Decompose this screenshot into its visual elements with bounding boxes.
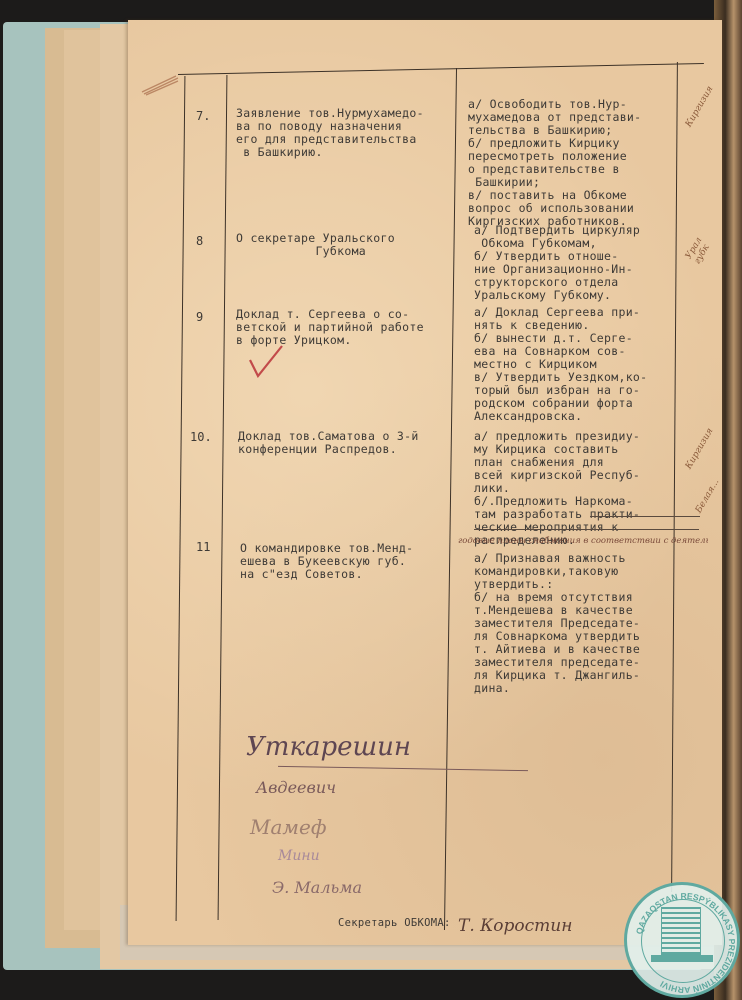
pencil-scribble	[140, 72, 180, 96]
margin-note: Белая...	[694, 477, 721, 515]
signature: Э. Мальма	[272, 878, 362, 897]
item-topic: О командировке тов.Менд- ешева в Букеевс…	[240, 542, 413, 581]
secretary-label: Секретарь ОБКОМА:	[338, 917, 451, 930]
document-page: 7. Заявление тов.Нурмухамедо- ва по пово…	[128, 20, 722, 945]
item-topic: Заявление тов.Нурмухамедо- ва по поводу …	[236, 107, 424, 159]
margin-note: Урал губк	[684, 223, 720, 266]
column-divider	[671, 62, 678, 892]
item-decision: а/ Освободить тов.Нур- мухамедова от пре…	[468, 98, 641, 228]
column-divider	[176, 76, 186, 921]
column-divider	[218, 75, 228, 920]
strikethrough-line	[474, 529, 699, 530]
building-icon	[661, 907, 701, 955]
handwritten-correction: годовые планы снабжения в соответствии с…	[458, 536, 708, 546]
signature: Мини	[278, 848, 320, 864]
column-divider	[444, 68, 457, 930]
item-number: 11	[196, 540, 210, 554]
item-decision: а/ Доклад Сергеева при- нять к сведению.…	[474, 306, 647, 423]
secretary-signature: Т. Коростин	[458, 916, 572, 936]
item-number: 7.	[196, 109, 210, 123]
margin-note: Киргизия	[684, 427, 715, 471]
item-topic: О секретаре Уральского Губкома	[236, 232, 395, 258]
red-checkmark	[246, 342, 286, 378]
item-topic: Доклад тов.Саматова о 3-й конференции Ра…	[238, 430, 419, 456]
table-top-border	[178, 63, 704, 75]
item-number: 8	[196, 234, 203, 248]
margin-note: Киргизия	[684, 85, 715, 129]
item-decision: а/ Подтвердить циркуляр Обкома Губкомам,…	[474, 224, 640, 302]
item-decision: а/ Признавая важность командировки,таков…	[474, 552, 640, 695]
building-base-icon	[651, 955, 713, 962]
signature: Уткарешин	[246, 732, 411, 762]
signature: Мамеф	[250, 815, 326, 839]
item-number: 10.	[190, 430, 212, 444]
strikethrough-line	[590, 516, 700, 517]
archive-stamp: QAZAQSTAN RESPÝBLIKASY PREZIDENTINIŃ ARH…	[624, 882, 740, 998]
signature-flourish	[278, 766, 528, 771]
signature: Авдеевич	[256, 778, 336, 797]
item-number: 9	[196, 310, 203, 324]
